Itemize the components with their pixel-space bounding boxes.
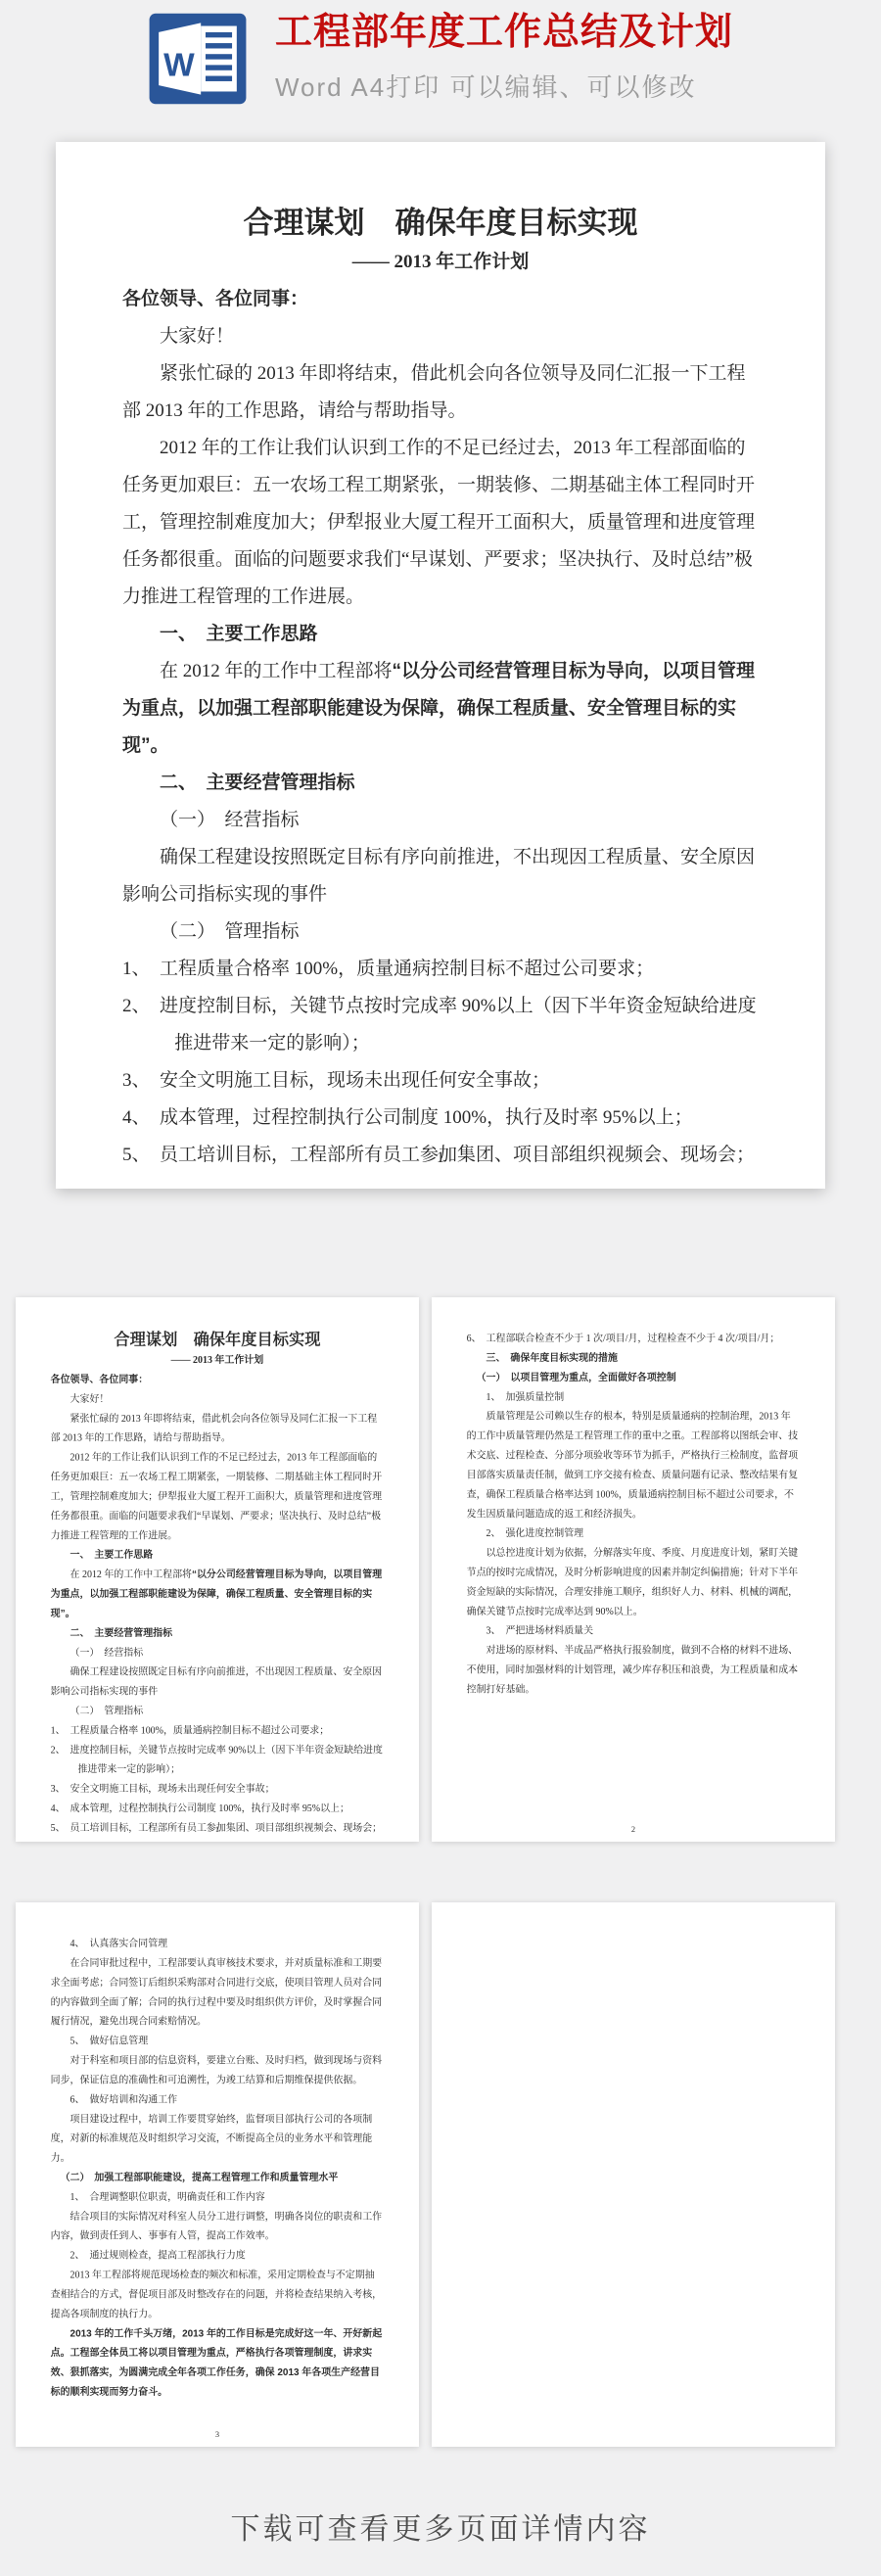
doc-list-item: 4、 成本管理，过程控制执行公司制度 100%，执行及时率 95%以上； <box>122 1100 759 1137</box>
doc-heading: 二、 主要经营管理指标 <box>51 1623 385 1643</box>
doc-heading: 三、 确保年度目标实现的措施 <box>467 1348 801 1368</box>
thumbnail-page-2[interactable]: 6、 工程部联合检查不少于 1 次/项目/月，过程检查不少于 4 次/项目/月；… <box>432 1297 835 1842</box>
doc-title: 合理谋划 确保年度目标实现 <box>122 203 759 244</box>
doc-subheading: （二） 加强工程部职能建设，提高工程管理工作和质量管理水平 <box>51 2168 385 2187</box>
doc-list-item: 3、 安全文明施工目标，现场未出现任何安全事故； <box>51 1779 385 1799</box>
header: W 工程部年度工作总结及计划 Word A4打印 可以编辑、可以修改 <box>0 0 881 130</box>
doc-subheading: （二） 管理指标 <box>51 1702 385 1721</box>
doc-paragraph: 各位领导、各位同事： <box>122 281 759 318</box>
page-number: 1 <box>56 1140 825 1177</box>
doc-subheading: 1、 加强质量控制 <box>467 1387 801 1407</box>
doc-heading: 二、 主要经营管理指标 <box>122 765 759 802</box>
doc-paragraph: 各位领导、各位同事： <box>51 1370 385 1389</box>
doc-paragraph: 对进场的原材料、半成品严格执行报验制度，做到不合格的材料不进场、不使用，同时加强… <box>467 1641 801 1700</box>
doc-list-item: 2、 进度控制目标，关键节点按时完成率 90%以上（因下半年资金短缺给进度推进带… <box>122 988 759 1062</box>
page-subtitle: Word A4打印 可以编辑、可以修改 <box>275 68 733 104</box>
thumbnail-page-3[interactable]: 4、 认真落实合同管理 在合同审批过程中，工程部要认真审核技术要求，并对质量标准… <box>16 1902 419 2447</box>
doc-title: 合理谋划 确保年度目标实现 <box>51 1329 385 1350</box>
page-number: 1 <box>16 1820 419 1840</box>
doc-subheading: （二） 管理指标 <box>122 913 759 951</box>
doc-heading: 一、 主要工作思路 <box>122 616 759 653</box>
doc-list-item: 2、 进度控制目标，关键节点按时完成率 90%以上（因下半年资金短缺给进度推进带… <box>51 1741 385 1780</box>
doc-paragraph: 在 2012 年的工作中工程部将“以分公司经营管理目标为导向，以项目管理为重点，… <box>51 1565 385 1623</box>
doc-subheading: 1、 合理调整职位职责，明确责任和工作内容 <box>51 2187 385 2207</box>
page-canvas: W 工程部年度工作总结及计划 Word A4打印 可以编辑、可以修改 合理谋划 … <box>0 0 881 2576</box>
doc-subtitle: —— 2013 年工作计划 <box>51 1350 385 1370</box>
preview-page-1[interactable]: 合理谋划 确保年度目标实现 —— 2013 年工作计划 各位领导、各位同事： 大… <box>56 142 825 1189</box>
word-icon: W <box>148 12 248 106</box>
doc-subtitle: —— 2013 年工作计划 <box>122 244 759 281</box>
doc-paragraph: 紧张忙碌的 2013 年即将结束，借此机会向各位领导及同仁汇报一下工程部 201… <box>122 355 759 430</box>
doc-list-item: 3、 安全文明施工目标，现场未出现任何安全事故； <box>122 1062 759 1100</box>
doc-paragraph: 在合同审批过程中，工程部要认真审核技术要求，并对质量标准和工期要求全面考虑；合同… <box>51 1953 385 2032</box>
thumbnail-page-1[interactable]: 合理谋划 确保年度目标实现 —— 2013 年工作计划 各位领导、各位同事： 大… <box>16 1297 419 1842</box>
doc-paragraph: 大家好！ <box>122 318 759 355</box>
document-page-1: 合理谋划 确保年度目标实现 —— 2013 年工作计划 各位领导、各位同事： 大… <box>56 142 825 1189</box>
document-page-3-thumb: 4、 认真落实合同管理 在合同审批过程中，工程部要认真审核技术要求，并对质量标准… <box>16 1902 419 2447</box>
doc-paragraph: 确保工程建设按照既定目标有序向前推进，不出现因工程质量、安全原因影响公司指标实现… <box>51 1663 385 1702</box>
document-page-2-thumb: 6、 工程部联合检查不少于 1 次/项目/月，过程检查不少于 4 次/项目/月；… <box>432 1297 835 1842</box>
doc-paragraph: 确保工程建设按照既定目标有序向前推进，不出现因工程质量、安全原因影响公司指标实现… <box>122 839 759 913</box>
doc-list-item: 1、 工程质量合格率 100%，质量通病控制目标不超过公司要求； <box>51 1721 385 1741</box>
doc-paragraph: 项目建设过程中，培训工作要贯穿始终，监督项目部执行公司的各项制度，对新的标准规范… <box>51 2110 385 2169</box>
doc-paragraph: 以总控进度计划为依据，分解落实年度、季度、月度进度计划，紧盯关键节点的按时完成情… <box>467 1544 801 1622</box>
doc-subheading: 3、 严把进场材料质量关 <box>467 1621 801 1641</box>
doc-text: 在 2012 年的工作中工程部将 <box>70 1569 192 1580</box>
doc-list-item: 6、 工程部联合检查不少于 1 次/项目/月，过程检查不少于 4 次/项目/月； <box>467 1329 801 1348</box>
page-number: 3 <box>16 2425 419 2445</box>
doc-paragraph: 对于科室和项目部的信息资料，要建立台账、及时归档，做到现场与资料同步，保证信息的… <box>51 2051 385 2090</box>
footer-note: 下载可查看更多页面详情内容 <box>0 2505 881 2548</box>
thumbnail-page-4-blank[interactable] <box>432 1902 835 2447</box>
svg-text:W: W <box>163 48 195 84</box>
doc-paragraph: 2013 年工程部将规范现场检查的频次和标准，采用定期检查与不定期抽查相结合的方… <box>51 2266 385 2324</box>
page-number: 2 <box>432 1820 835 1840</box>
doc-paragraph: 紧张忙碌的 2013 年即将结束，借此机会向各位领导及同仁汇报一下工程部 201… <box>51 1409 385 1448</box>
doc-subheading: （一） 经营指标 <box>122 802 759 839</box>
doc-paragraph: 在 2012 年的工作中工程部将“以分公司经营管理目标为导向，以项目管理为重点，… <box>122 653 759 765</box>
doc-subheading: 2、 强化进度控制管理 <box>467 1524 801 1544</box>
header-text: 工程部年度工作总结及计划 Word A4打印 可以编辑、可以修改 <box>275 12 733 104</box>
doc-paragraph: 2012 年的工作让我们认识到工作的不足已经过去，2013 年工程部面临的任务更… <box>122 430 759 616</box>
doc-subheading: （一） 以项目管理为重点，全面做好各项控制 <box>467 1368 801 1387</box>
doc-subheading: 2、 通过规则检查，提高工程部执行力度 <box>51 2246 385 2266</box>
doc-paragraph: 2012 年的工作让我们认识到工作的不足已经过去，2013 年工程部面临的任务更… <box>51 1448 385 1546</box>
doc-list-item: 4、 成本管理，过程控制执行公司制度 100%，执行及时率 95%以上； <box>51 1799 385 1818</box>
doc-paragraph: 质量管理是公司赖以生存的根本，特别是质量通病的控制治理，2013 年的工作中质量… <box>467 1407 801 1523</box>
doc-list-item: 1、 工程质量合格率 100%，质量通病控制目标不超过公司要求； <box>122 951 759 988</box>
document-page-1-thumb: 合理谋划 确保年度目标实现 —— 2013 年工作计划 各位领导、各位同事： 大… <box>16 1297 419 1842</box>
doc-text: 在 2012 年的工作中工程部将 <box>160 661 393 681</box>
doc-paragraph: 结合项目的实际情况对科室人员分工进行调整，明确各岗位的职责和工作内容，做到责任到… <box>51 2207 385 2246</box>
doc-bold-paragraph: 2013 年的工作千头万绪，2013 年的工作目标是完成好这一年、开好新起点。工… <box>51 2324 385 2403</box>
doc-subheading: 5、 做好信息管理 <box>51 2032 385 2051</box>
doc-heading: 一、 主要工作思路 <box>51 1546 385 1566</box>
doc-subheading: 4、 认真落实合同管理 <box>51 1934 385 1953</box>
doc-subheading: （一） 经营指标 <box>51 1643 385 1663</box>
doc-subheading: 6、 做好培训和沟通工作 <box>51 2090 385 2110</box>
doc-paragraph: 大家好！ <box>51 1389 385 1409</box>
page-title: 工程部年度工作总结及计划 <box>275 12 733 55</box>
